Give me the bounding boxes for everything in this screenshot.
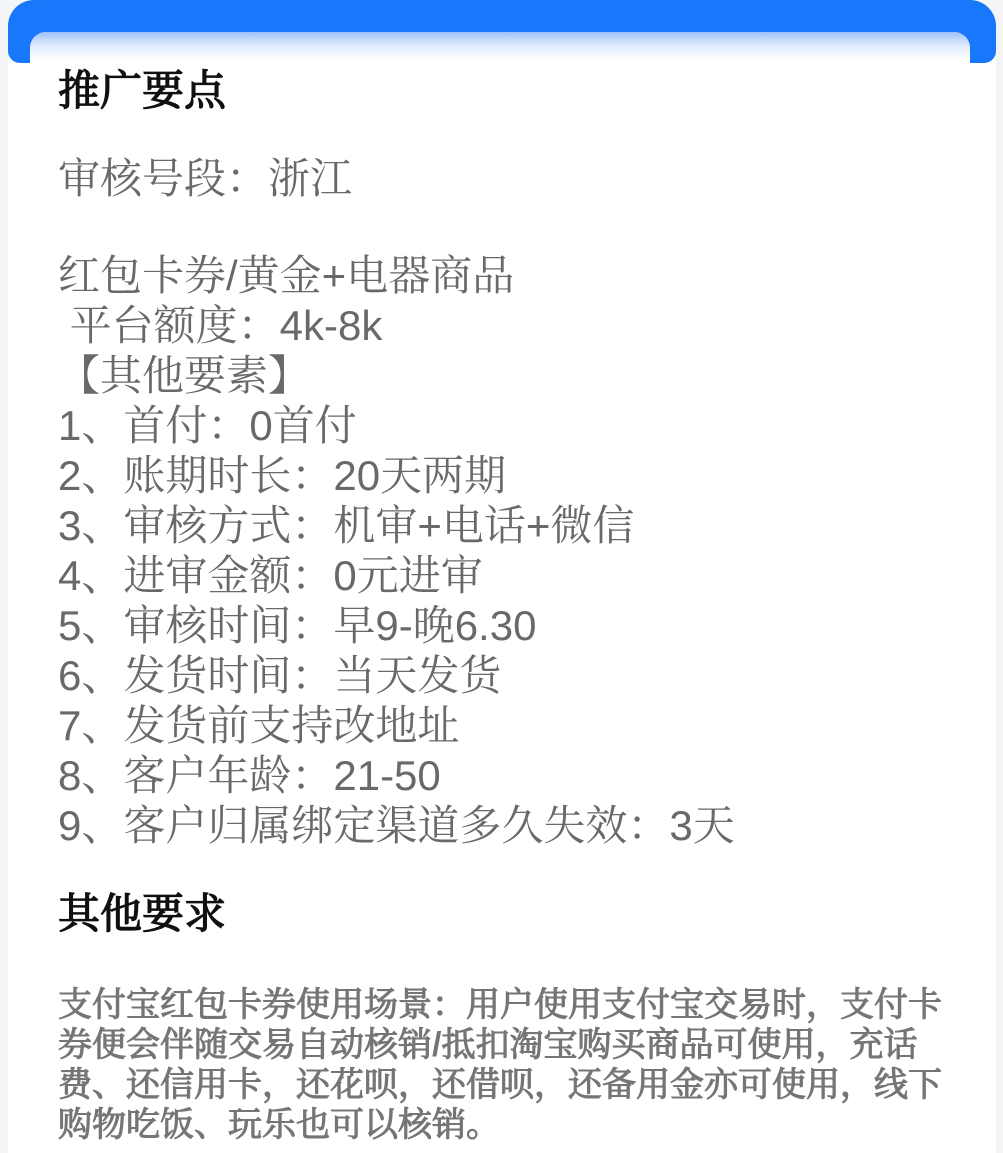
detail-line-product: 红包卡券/黄金+电器商品 bbox=[58, 251, 944, 301]
usage-scenario-paragraph: 支付宝红包卡券使用场景：用户使用支付宝交易时，支付卡券便会伴随交易自动核销/抵扣… bbox=[58, 985, 944, 1145]
detail-line-2-billing-period: 2、账期时长：20天两期 bbox=[58, 451, 944, 501]
page-title: 推广要点 bbox=[58, 68, 944, 114]
promo-card[interactable]: 推广要点 审核号段：浙江 红包卡券/黄金+电器商品 平台额度：4k-8k 【其他… bbox=[30, 32, 970, 1153]
detail-line-8-customer-age: 8、客户年龄：21-50 bbox=[58, 751, 944, 801]
detail-line-3-review-method: 3、审核方式：机审+电话+微信 bbox=[58, 501, 944, 551]
detail-line-other-factors-header: 【其他要素】 bbox=[58, 351, 944, 401]
section-title-other-requirements: 其他要求 bbox=[58, 891, 944, 937]
card-top-glow bbox=[30, 32, 970, 62]
detail-line-quota: 平台额度：4k-8k bbox=[58, 301, 944, 351]
detail-line-9-binding-expiry: 9、客户归属绑定渠道多久失效：3天 bbox=[58, 801, 944, 851]
review-region-line: 审核号段：浙江 bbox=[58, 154, 944, 204]
promo-sheet: 推广要点 审核号段：浙江 红包卡券/黄金+电器商品 平台额度：4k-8k 【其他… bbox=[8, 0, 996, 1153]
detail-line-5-review-time: 5、审核时间：早9-晚6.30 bbox=[58, 601, 944, 651]
detail-line-6-shipping-time: 6、发货时间：当天发货 bbox=[58, 651, 944, 701]
promo-card-content: 推广要点 审核号段：浙江 红包卡券/黄金+电器商品 平台额度：4k-8k 【其他… bbox=[30, 68, 970, 1145]
detail-line-1-down-payment: 1、首付：0首付 bbox=[58, 401, 944, 451]
detail-line-7-address-change: 7、发货前支持改地址 bbox=[58, 701, 944, 751]
detail-line-4-review-amount: 4、进审金额：0元进审 bbox=[58, 551, 944, 601]
promo-details-list: 红包卡券/黄金+电器商品 平台额度：4k-8k 【其他要素】 1、首付：0首付 … bbox=[58, 251, 944, 851]
